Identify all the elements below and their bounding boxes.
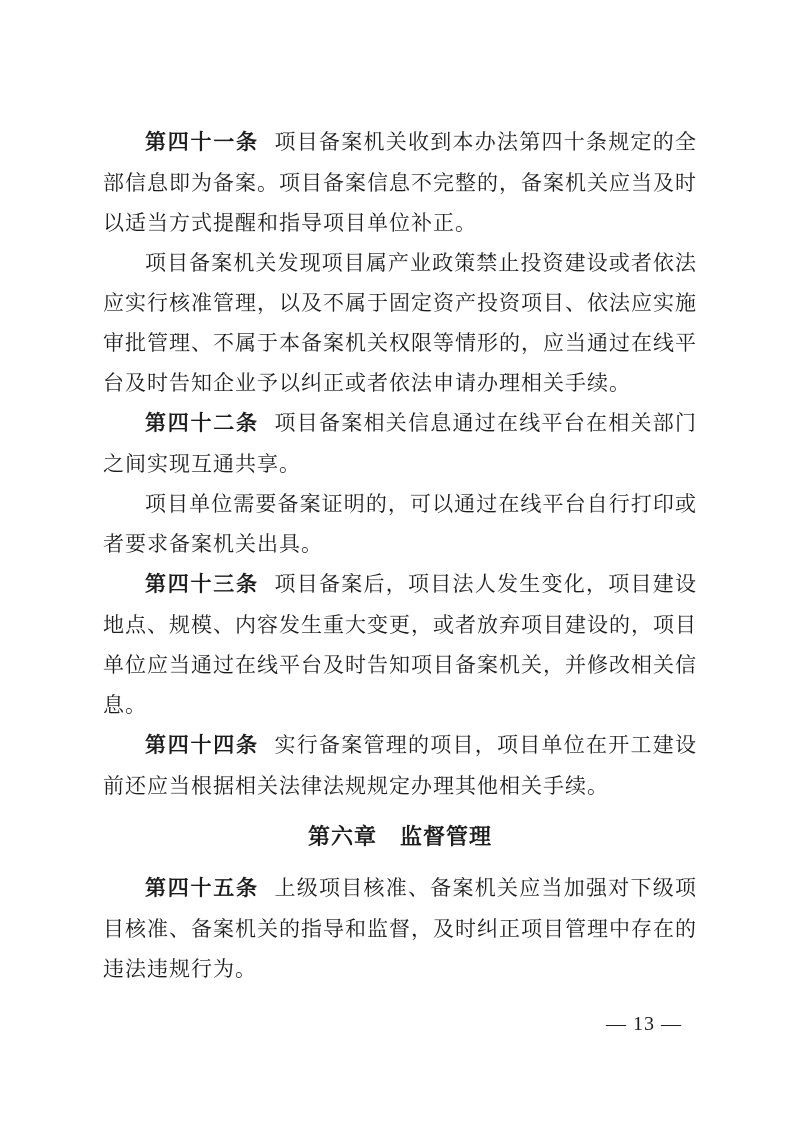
paragraph: 第四十一条项目备案机关收到本办法第四十条规定的全部信息即为备案。项目备案信息不完… <box>103 122 697 243</box>
paragraph: 第四十二条项目备案相关信息通过在线平台在相关部门之间实现互通共享。 <box>103 403 697 484</box>
page-footer: — 13 — <box>606 1013 682 1036</box>
paragraph: 第四十三条项目备案后，项目法人发生变化，项目建设地点、规模、内容发生重大变更，或… <box>103 564 697 725</box>
document-content: 第四十一条项目备案机关收到本办法第四十条规定的全部信息即为备案。项目备案信息不完… <box>103 122 697 989</box>
article-number: 第四十一条 <box>145 131 259 154</box>
paragraph: 项目备案机关发现项目属产业政策禁止投资建设或者依法应实行核准管理，以及不属于固定… <box>103 243 697 403</box>
document-page: 第四十一条项目备案机关收到本办法第四十条规定的全部信息即为备案。项目备案信息不完… <box>0 0 800 1131</box>
paragraph: 项目单位需要备案证明的，可以通过在线平台自行打印或者要求备案机关出具。 <box>103 484 697 564</box>
article-number: 第四十四条 <box>145 734 259 757</box>
article-number: 第四十二条 <box>145 412 259 435</box>
page-number: — 13 — <box>606 1013 682 1035</box>
paragraph: 第四十四条实行备案管理的项目，项目单位在开工建设前还应当根据相关法律法规规定办理… <box>103 725 697 806</box>
paragraph-text: 项目备案机关发现项目属产业政策禁止投资建设或者依法应实行核准管理，以及不属于固定… <box>103 251 697 395</box>
paragraph-text: 项目单位需要备案证明的，可以通过在线平台自行打印或者要求备案机关出具。 <box>103 492 697 556</box>
article-number: 第四十三条 <box>145 573 259 596</box>
chapter-heading: 第六章 监督管理 <box>103 817 697 857</box>
paragraph: 第四十五条上级项目核准、备案机关应当加强对下级项目核准、备案机关的指导和监督，及… <box>103 868 697 989</box>
article-number: 第四十五条 <box>145 877 259 900</box>
